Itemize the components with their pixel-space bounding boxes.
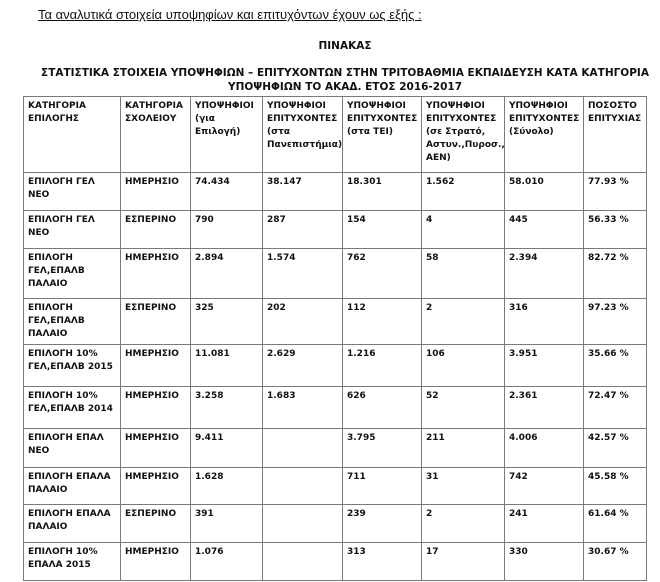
table-title-line-2: ΥΠΟΨΗΦΙΩΝ ΤΟ ΑΚΑΔ. ΕΤΟΣ 2016-2017	[30, 80, 660, 94]
cell-school-category: ΗΜΕΡΗΣΙΟ	[121, 345, 191, 387]
cell-candidates: 1.628	[191, 468, 263, 505]
cell-successful-total: 316	[505, 299, 584, 345]
cell-successful-tei: 313	[343, 543, 422, 581]
cell-successful-total: 330	[505, 543, 584, 581]
cell-successful-tei: 711	[343, 468, 422, 505]
cell-school-category: ΕΣΠΕΡΙΝΟ	[121, 505, 191, 543]
cell-candidates: 9.411	[191, 429, 263, 468]
cell-candidates: 2.894	[191, 249, 263, 299]
header-candidates: ΥΠΟΨΗΦΙΟΙ (για Επιλογή)	[191, 97, 263, 173]
cell-selection-category: ΕΠΙΛΟΓΗ ΓΕΛ,ΕΠΑΛΒ ΠΑΛΑΙΟ	[24, 249, 121, 299]
cell-school-category: ΗΜΕΡΗΣΙΟ	[121, 429, 191, 468]
cell-school-category: ΗΜΕΡΗΣΙΟ	[121, 468, 191, 505]
cell-successful-universities: 2.629	[263, 345, 343, 387]
table-row: ΕΠΙΛΟΓΗ ΕΠΑΛΑ ΠΑΛΑΙΟΗΜΕΡΗΣΙΟ1.6287113174…	[24, 468, 647, 505]
cell-candidates: 391	[191, 505, 263, 543]
cell-candidates: 325	[191, 299, 263, 345]
cell-successful-universities: 1.683	[263, 387, 343, 429]
cell-success-rate: 30.67 %	[584, 543, 647, 581]
table-row: ΕΠΙΛΟΓΗ 10% ΓΕΛ,ΕΠΑΛΒ 2014ΗΜΕΡΗΣΙΟ3.2581…	[24, 387, 647, 429]
cell-school-category: ΕΣΠΕΡΙΝΟ	[121, 211, 191, 249]
cell-successful-military: 17	[422, 543, 505, 581]
intro-text: Τα αναλυτικά στοιχεία υποψηφίων και επιτ…	[38, 7, 422, 22]
cell-success-rate: 82.72 %	[584, 249, 647, 299]
cell-successful-universities: 38.147	[263, 173, 343, 211]
header-selection-category: ΚΑΤΗΓΟΡΙΑ ΕΠΙΛΟΓΗΣ	[24, 97, 121, 173]
cell-success-rate: 77.93 %	[584, 173, 647, 211]
cell-selection-category: ΕΠΙΛΟΓΗ ΓΕΛ ΝΕΟ	[24, 173, 121, 211]
table-row: ΕΠΙΛΟΓΗ ΓΕΛ ΝΕΟΕΣΠΕΡΙΝΟ790287154444556.3…	[24, 211, 647, 249]
cell-successful-universities	[263, 468, 343, 505]
cell-successful-military: 2	[422, 505, 505, 543]
header-successful-military: ΥΠΟΨΗΦΙΟΙ ΕΠΙΤΥΧΟΝΤΕΣ (σε Στρατό, Αστυν.…	[422, 97, 505, 173]
table-title-line-1: ΣΤΑΤΙΣΤΙΚΑ ΣΤΟΙΧΕΙΑ ΥΠΟΨΗΦΙΩΝ – ΕΠΙΤΥΧΟΝ…	[30, 66, 660, 80]
table-row: ΕΠΙΛΟΓΗ ΓΕΛ,ΕΠΑΛΒ ΠΑΛΑΙΟΗΜΕΡΗΣΙΟ2.8941.5…	[24, 249, 647, 299]
cell-successful-military: 2	[422, 299, 505, 345]
cell-school-category: ΗΜΕΡΗΣΙΟ	[121, 173, 191, 211]
cell-selection-category: ΕΠΙΛΟΓΗ ΕΠΑΛΑ ΠΑΛΑΙΟ	[24, 505, 121, 543]
table-title: ΣΤΑΤΙΣΤΙΚΑ ΣΤΟΙΧΕΙΑ ΥΠΟΨΗΦΙΩΝ – ΕΠΙΤΥΧΟΝ…	[0, 66, 660, 94]
cell-successful-military: 58	[422, 249, 505, 299]
cell-selection-category: ΕΠΙΛΟΓΗ 10% ΕΠΑΛΑ 2015	[24, 543, 121, 581]
cell-school-category: ΗΜΕΡΗΣΙΟ	[121, 249, 191, 299]
table-row: ΕΠΙΛΟΓΗ 10% ΕΠΑΛΑ 2015ΗΜΕΡΗΣΙΟ1.07631317…	[24, 543, 647, 581]
cell-success-rate: 42.57 %	[584, 429, 647, 468]
header-successful-universities: ΥΠΟΨΗΦΙΟΙ ΕΠΙΤΥΧΟΝΤΕΣ (στα Πανεπιστήμια)	[263, 97, 343, 173]
table-row: ΕΠΙΛΟΓΗ ΓΕΛ ΝΕΟΗΜΕΡΗΣΙΟ74.43438.14718.30…	[24, 173, 647, 211]
table-row: ΕΠΙΛΟΓΗ ΓΕΛ,ΕΠΑΛΒ ΠΑΛΑΙΟΕΣΠΕΡΙΝΟ32520211…	[24, 299, 647, 345]
cell-successful-universities	[263, 429, 343, 468]
cell-successful-universities	[263, 505, 343, 543]
cell-candidates: 11.081	[191, 345, 263, 387]
cell-candidates: 3.258	[191, 387, 263, 429]
cell-successful-tei: 239	[343, 505, 422, 543]
cell-candidates: 1.076	[191, 543, 263, 581]
cell-successful-military: 106	[422, 345, 505, 387]
cell-successful-military: 4	[422, 211, 505, 249]
cell-success-rate: 45.58 %	[584, 468, 647, 505]
cell-candidates: 74.434	[191, 173, 263, 211]
cell-successful-tei: 3.795	[343, 429, 422, 468]
cell-successful-tei: 1.216	[343, 345, 422, 387]
cell-successful-tei: 18.301	[343, 173, 422, 211]
cell-selection-category: ΕΠΙΛΟΓΗ 10% ΓΕΛ,ΕΠΑΛΒ 2015	[24, 345, 121, 387]
table-label: ΠΙΝΑΚΑΣ	[0, 40, 660, 52]
header-success-rate: ΠΟΣΟΣΤΟ ΕΠΙΤΥΧΙΑΣ	[584, 97, 647, 173]
cell-success-rate: 56.33 %	[584, 211, 647, 249]
cell-successful-military: 52	[422, 387, 505, 429]
cell-success-rate: 35.66 %	[584, 345, 647, 387]
cell-candidates: 790	[191, 211, 263, 249]
cell-successful-military: 1.562	[422, 173, 505, 211]
cell-success-rate: 61.64 %	[584, 505, 647, 543]
header-successful-total: ΥΠΟΨΗΦΙΟΙ ΕΠΙΤΥΧΟΝΤΕΣ (Σύνολο)	[505, 97, 584, 173]
cell-successful-tei: 762	[343, 249, 422, 299]
cell-successful-total: 742	[505, 468, 584, 505]
cell-success-rate: 72.47 %	[584, 387, 647, 429]
cell-selection-category: ΕΠΙΛΟΓΗ ΓΕΛ ΝΕΟ	[24, 211, 121, 249]
cell-successful-military: 31	[422, 468, 505, 505]
cell-successful-total: 2.361	[505, 387, 584, 429]
cell-successful-total: 2.394	[505, 249, 584, 299]
cell-school-category: ΗΜΕΡΗΣΙΟ	[121, 543, 191, 581]
cell-successful-total: 3.951	[505, 345, 584, 387]
cell-successful-military: 211	[422, 429, 505, 468]
header-school-category: ΚΑΤΗΓΟΡΙΑ ΣΧΟΛΕΙΟΥ	[121, 97, 191, 173]
cell-successful-tei: 154	[343, 211, 422, 249]
table-row: ΕΠΙΛΟΓΗ ΕΠΑΛΑ ΠΑΛΑΙΟΕΣΠΕΡΙΝΟ391239224161…	[24, 505, 647, 543]
table-header-row: ΚΑΤΗΓΟΡΙΑ ΕΠΙΛΟΓΗΣ ΚΑΤΗΓΟΡΙΑ ΣΧΟΛΕΙΟΥ ΥΠ…	[24, 97, 647, 173]
cell-successful-total: 445	[505, 211, 584, 249]
statistics-table: ΚΑΤΗΓΟΡΙΑ ΕΠΙΛΟΓΗΣ ΚΑΤΗΓΟΡΙΑ ΣΧΟΛΕΙΟΥ ΥΠ…	[23, 96, 647, 581]
cell-selection-category: ΕΠΙΛΟΓΗ 10% ΓΕΛ,ΕΠΑΛΒ 2014	[24, 387, 121, 429]
cell-successful-tei: 626	[343, 387, 422, 429]
cell-successful-total: 4.006	[505, 429, 584, 468]
cell-successful-universities: 1.574	[263, 249, 343, 299]
cell-selection-category: ΕΠΙΛΟΓΗ ΕΠΑΛΑ ΠΑΛΑΙΟ	[24, 468, 121, 505]
cell-selection-category: ΕΠΙΛΟΓΗ ΓΕΛ,ΕΠΑΛΒ ΠΑΛΑΙΟ	[24, 299, 121, 345]
cell-successful-universities: 202	[263, 299, 343, 345]
cell-school-category: ΕΣΠΕΡΙΝΟ	[121, 299, 191, 345]
table-row: ΕΠΙΛΟΓΗ ΕΠΑΛ ΝΕΟΗΜΕΡΗΣΙΟ9.4113.7952114.0…	[24, 429, 647, 468]
cell-success-rate: 97.23 %	[584, 299, 647, 345]
cell-successful-tei: 112	[343, 299, 422, 345]
cell-successful-total: 58.010	[505, 173, 584, 211]
cell-school-category: ΗΜΕΡΗΣΙΟ	[121, 387, 191, 429]
cell-successful-universities	[263, 543, 343, 581]
cell-successful-total: 241	[505, 505, 584, 543]
cell-successful-universities: 287	[263, 211, 343, 249]
cell-selection-category: ΕΠΙΛΟΓΗ ΕΠΑΛ ΝΕΟ	[24, 429, 121, 468]
header-successful-tei: ΥΠΟΨΗΦΙΟΙ ΕΠΙΤΥΧΟΝΤΕΣ (στα ΤΕΙ)	[343, 97, 422, 173]
table-row: ΕΠΙΛΟΓΗ 10% ΓΕΛ,ΕΠΑΛΒ 2015ΗΜΕΡΗΣΙΟ11.081…	[24, 345, 647, 387]
